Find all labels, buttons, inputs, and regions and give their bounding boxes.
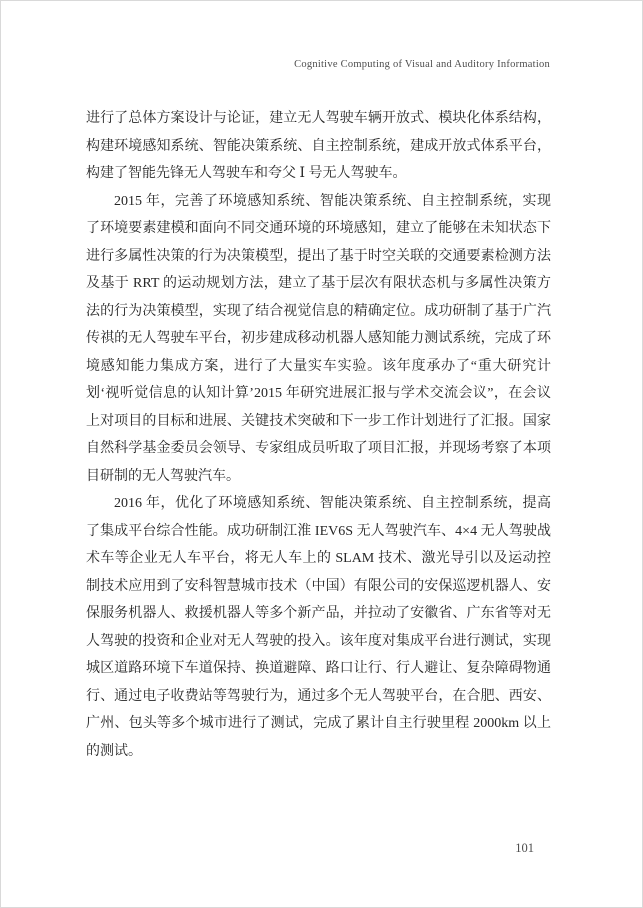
document-page: Cognitive Computing of Visual and Audito… (0, 0, 643, 908)
paragraph-2016: 2016 年，优化了环境感知系统、智能决策系统、自主控制系统，提高了集成平台综合… (86, 490, 551, 765)
running-header: Cognitive Computing of Visual and Audito… (86, 59, 550, 70)
body-text: 进行了总体方案设计与论证，建立无人驾驶车辆开放式、模块化体系结构，构建环境感知系… (86, 105, 551, 765)
page-number: 101 (86, 841, 550, 856)
paragraph-2015: 2015 年，完善了环境感知系统、智能决策系统、自主控制系统，实现了环境要素建模… (86, 188, 551, 491)
paragraph-continuation: 进行了总体方案设计与论证，建立无人驾驶车辆开放式、模块化体系结构，构建环境感知系… (86, 105, 551, 188)
